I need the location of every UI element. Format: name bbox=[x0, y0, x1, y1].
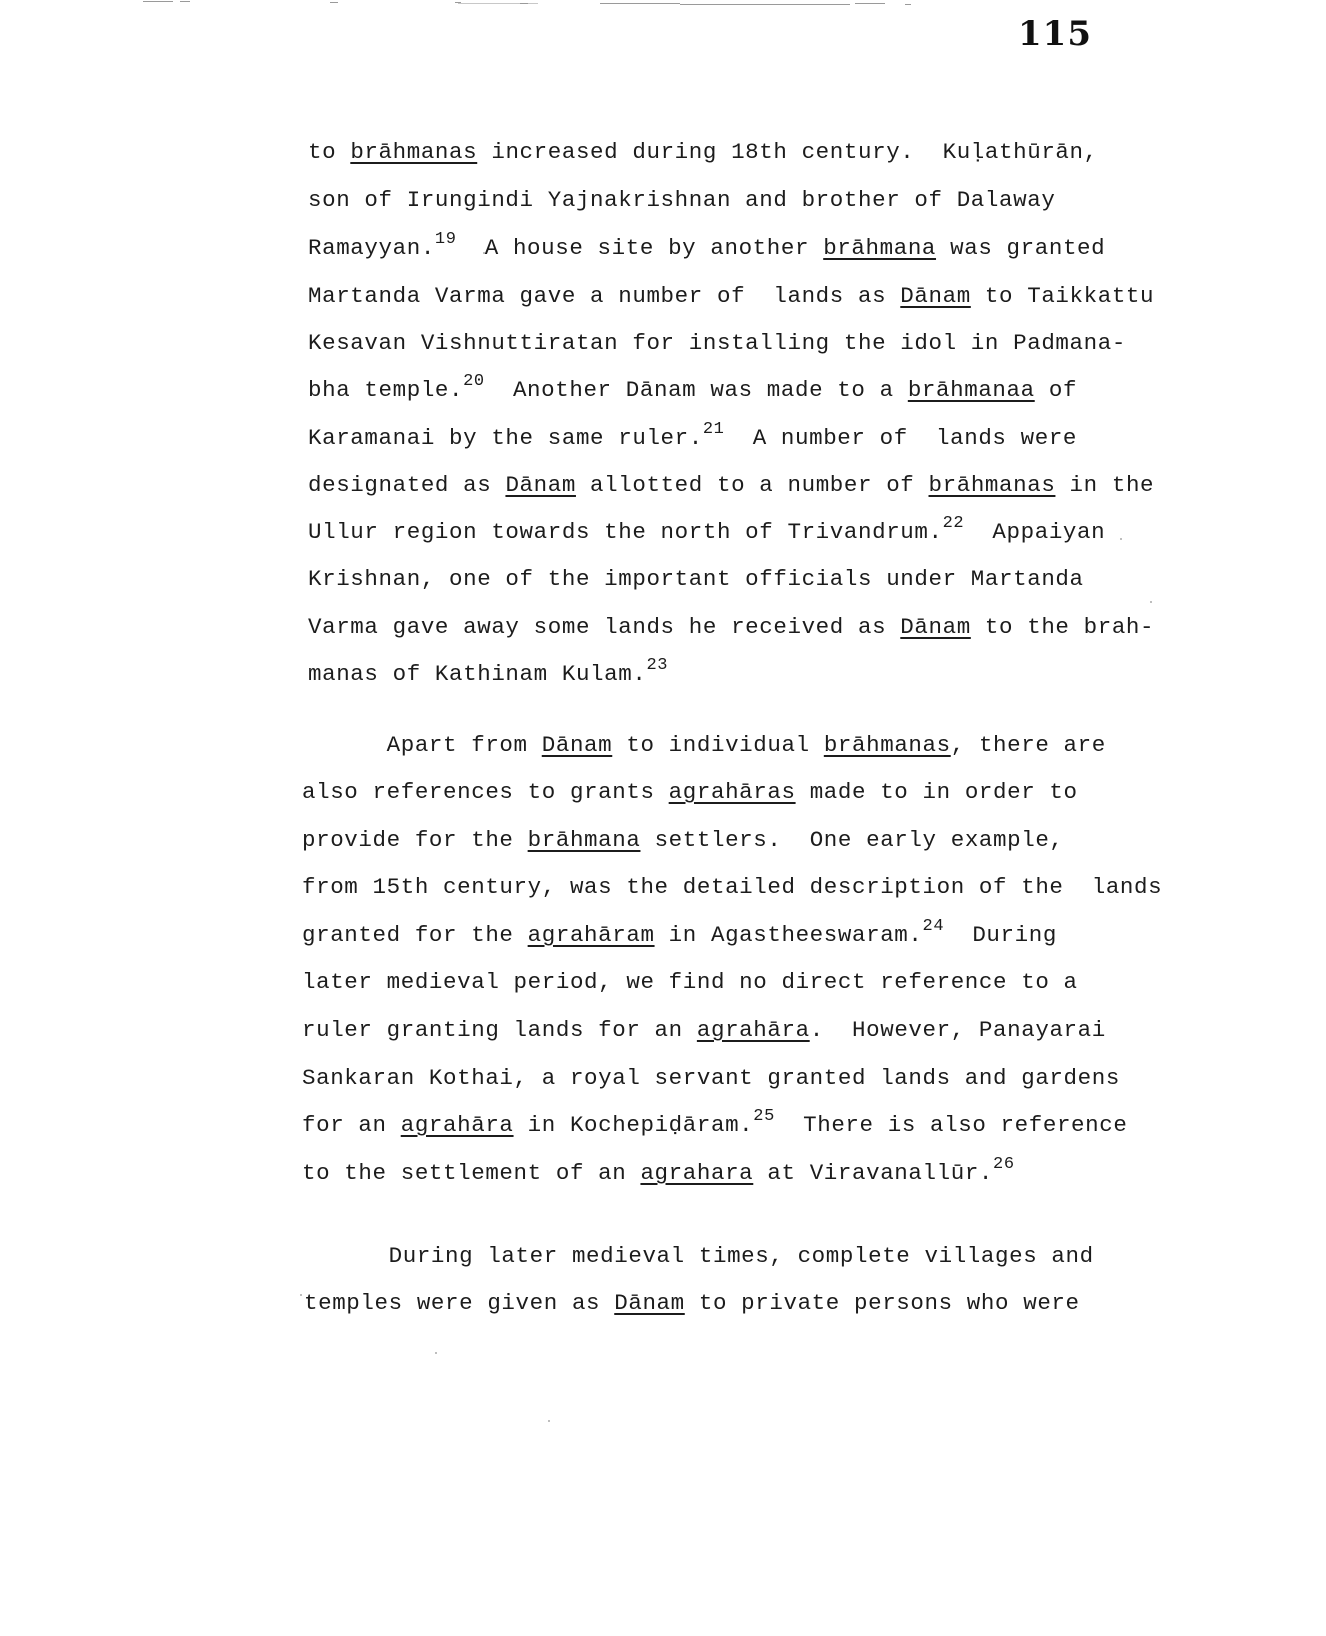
text-segment: A house site by another bbox=[457, 235, 824, 261]
footnote-reference: 22 bbox=[943, 514, 965, 533]
text-segment: Kesavan Vishnuttiratan for installing th… bbox=[308, 330, 1126, 356]
underlined-term: Dānam bbox=[614, 1290, 685, 1316]
scan-speck bbox=[1120, 538, 1122, 540]
text-segment: of bbox=[1035, 377, 1077, 403]
text-segment: Krishnan, one of the important officials… bbox=[308, 566, 1084, 592]
footnote-reference: 24 bbox=[923, 917, 945, 936]
text-line: Kesavan Vishnuttiratan for installing th… bbox=[308, 329, 1126, 357]
text-segment: Sankaran Kothai, a royal servant granted… bbox=[302, 1065, 1120, 1091]
text-segment: A number of lands were bbox=[724, 425, 1077, 451]
underlined-term: brāhmana bbox=[823, 235, 936, 261]
scan-edge-artifacts bbox=[0, 0, 1326, 16]
page-number: 115 bbox=[1018, 14, 1092, 54]
underlined-term: brāhmanas bbox=[929, 472, 1056, 498]
text-segment: granted for the bbox=[302, 922, 528, 948]
underlined-term: brāhmanas bbox=[350, 139, 477, 165]
text-line: son of Irungindi Yajnakrishnan and broth… bbox=[308, 186, 1055, 214]
underlined-term: brāhmana bbox=[528, 827, 641, 853]
text-segment: Karamanai by the same ruler. bbox=[308, 425, 703, 451]
footnote-reference: 20 bbox=[463, 372, 485, 391]
text-segment: Apart from bbox=[302, 732, 542, 758]
text-segment: Another Dānam was made to a bbox=[485, 377, 908, 403]
underlined-term: Dānam bbox=[900, 283, 971, 309]
text-line: bha temple.20 Another Dānam was made to … bbox=[308, 376, 1077, 404]
footnote-reference: 25 bbox=[753, 1107, 775, 1126]
text-segment: provide for the bbox=[302, 827, 528, 853]
text-segment: to bbox=[308, 139, 350, 165]
underlined-term: brāhmanaa bbox=[908, 377, 1035, 403]
text-segment: in the bbox=[1055, 472, 1154, 498]
scan-speck bbox=[1150, 601, 1152, 603]
text-segment: temples were given as bbox=[304, 1290, 614, 1316]
scan-speck bbox=[483, 252, 485, 254]
underlined-term: agrahara bbox=[640, 1160, 753, 1186]
underlined-term: agrahāra bbox=[697, 1017, 810, 1043]
text-line: Varma gave away some lands he received a… bbox=[308, 613, 1154, 641]
text-segment: . However, Panayarai bbox=[810, 1017, 1106, 1043]
footnote-reference: 26 bbox=[993, 1155, 1015, 1174]
text-segment: Varma gave away some lands he received a… bbox=[308, 614, 900, 640]
text-line: provide for the brāhmana settlers. One e… bbox=[302, 826, 1064, 854]
text-segment: ruler granting lands for an bbox=[302, 1017, 697, 1043]
text-segment: to the brah- bbox=[971, 614, 1154, 640]
text-segment: manas of Kathinam Kulam. bbox=[308, 661, 646, 687]
text-segment: to the settlement of an bbox=[302, 1160, 640, 1186]
underlined-term: brāhmanas bbox=[824, 732, 951, 758]
text-segment: to individual bbox=[612, 732, 824, 758]
text-line: from 15th century, was the detailed desc… bbox=[302, 873, 1162, 901]
text-line: During later medieval times, complete vi… bbox=[304, 1242, 1094, 1270]
text-line: temples were given as Dānam to private p… bbox=[304, 1289, 1080, 1317]
text-line: Ullur region towards the north of Trivan… bbox=[308, 518, 1105, 546]
text-line: designated as Dānam allotted to a number… bbox=[308, 471, 1154, 499]
text-line: to brāhmanas increased during 18th centu… bbox=[308, 138, 1098, 166]
text-line: Apart from Dānam to individual brāhmanas… bbox=[302, 731, 1106, 759]
text-segment: from 15th century, was the detailed desc… bbox=[302, 874, 1162, 900]
text-segment: There is also reference bbox=[775, 1112, 1128, 1138]
underlined-term: Dānam bbox=[900, 614, 971, 640]
text-line: Sankaran Kothai, a royal servant granted… bbox=[302, 1064, 1120, 1092]
text-segment: Ullur region towards the north of Trivan… bbox=[308, 519, 943, 545]
text-line: ruler granting lands for an agrahāra. Ho… bbox=[302, 1016, 1106, 1044]
text-segment: was granted bbox=[936, 235, 1105, 261]
text-segment: at Viravanallūr. bbox=[753, 1160, 993, 1186]
text-line: Ramayyan.19 A house site by another brāh… bbox=[308, 234, 1105, 262]
underlined-term: Dānam bbox=[542, 732, 613, 758]
text-segment: settlers. One early example, bbox=[640, 827, 1063, 853]
text-segment: During bbox=[944, 922, 1057, 948]
text-segment: Ramayyan. bbox=[308, 235, 435, 261]
text-segment: in Kochepiḍāram. bbox=[514, 1112, 754, 1138]
text-line: granted for the agrahāram in Agastheeswa… bbox=[302, 921, 1057, 949]
text-line: Krishnan, one of the important officials… bbox=[308, 565, 1084, 593]
footnote-reference: 19 bbox=[435, 230, 457, 249]
text-segment: , there are bbox=[951, 732, 1106, 758]
text-line: also references to grants agrahāras made… bbox=[302, 778, 1078, 806]
text-line: to the settlement of an agrahara at Vira… bbox=[302, 1159, 1015, 1187]
scan-speck bbox=[300, 1294, 302, 1296]
text-line: Karamanai by the same ruler.21 A number … bbox=[308, 424, 1077, 452]
scan-speck bbox=[548, 1420, 550, 1422]
text-segment: made to in order to bbox=[796, 779, 1078, 805]
footnote-reference: 21 bbox=[703, 420, 725, 439]
text-line: manas of Kathinam Kulam.23 bbox=[308, 660, 668, 688]
text-line: Martanda Varma gave a number of lands as… bbox=[308, 282, 1154, 310]
text-segment: During later medieval times, complete vi… bbox=[304, 1243, 1094, 1269]
text-line: for an agrahāra in Kochepiḍāram.25 There… bbox=[302, 1111, 1127, 1139]
footnote-reference: 23 bbox=[646, 656, 668, 675]
underlined-term: Dānam bbox=[505, 472, 576, 498]
underlined-term: agrahāras bbox=[669, 779, 796, 805]
text-segment: for an bbox=[302, 1112, 401, 1138]
text-segment: also references to grants bbox=[302, 779, 669, 805]
scan-speck bbox=[435, 1352, 437, 1354]
text-segment: later medieval period, we find no direct… bbox=[302, 969, 1078, 995]
underlined-term: agrahāram bbox=[528, 922, 655, 948]
underlined-term: agrahāra bbox=[401, 1112, 514, 1138]
text-segment: designated as bbox=[308, 472, 505, 498]
text-segment: Martanda Varma gave a number of lands as bbox=[308, 283, 900, 309]
text-segment: to private persons who were bbox=[685, 1290, 1080, 1316]
text-line: later medieval period, we find no direct… bbox=[302, 968, 1078, 996]
text-segment: allotted to a number of bbox=[576, 472, 929, 498]
text-segment: Appaiyan bbox=[964, 519, 1105, 545]
text-segment: bha temple. bbox=[308, 377, 463, 403]
text-segment: to Taikkattu bbox=[971, 283, 1154, 309]
text-segment: son of Irungindi Yajnakrishnan and broth… bbox=[308, 187, 1055, 213]
text-segment: increased during 18th century. Kuḷathūrā… bbox=[477, 139, 1098, 165]
text-segment: in Agastheeswaram. bbox=[655, 922, 923, 948]
